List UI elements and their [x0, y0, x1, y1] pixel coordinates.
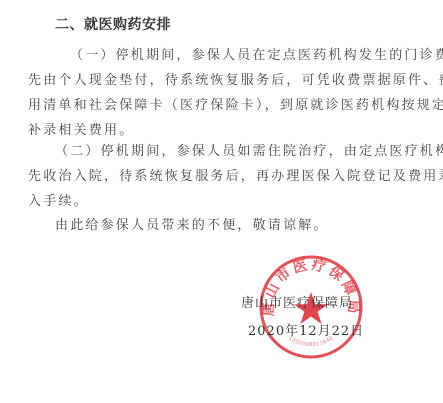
signature-organization: 唐山市医疗保障局	[241, 292, 353, 311]
document-page: 二、就医购药安排 （一）停机期间，参保人员在定点医药机构发生的门诊费用， 先由个…	[0, 0, 443, 403]
paragraph1-line-2: 先由个人现金垫付，待系统恢复服务后，可凭收费票据原件、费	[28, 69, 443, 88]
signature-date: 2020年12月22日	[248, 320, 364, 339]
section-heading: 二、就医购药安排	[55, 14, 171, 34]
paragraph2-line-1: （二）停机期间，参保人员如需住院治疗，由定点医疗机构	[55, 140, 443, 159]
paragraph1-line-3: 用清单和社会保障卡（医疗保险卡），到原就诊医药机构按规定	[28, 94, 443, 113]
closing-line: 由此给参保人员带来的不便，敬请谅解。	[55, 214, 329, 233]
paragraph2-line-3: 入手续。	[28, 190, 89, 209]
paragraph1-line-4: 补录相关费用。	[28, 119, 134, 138]
paragraph2-line-2: 先收治入院，待系统恢复服务后，再办理医保入院登记及费用录	[28, 165, 443, 184]
paragraph1-line-1: （一）停机期间，参保人员在定点医药机构发生的门诊费用，	[70, 44, 443, 63]
